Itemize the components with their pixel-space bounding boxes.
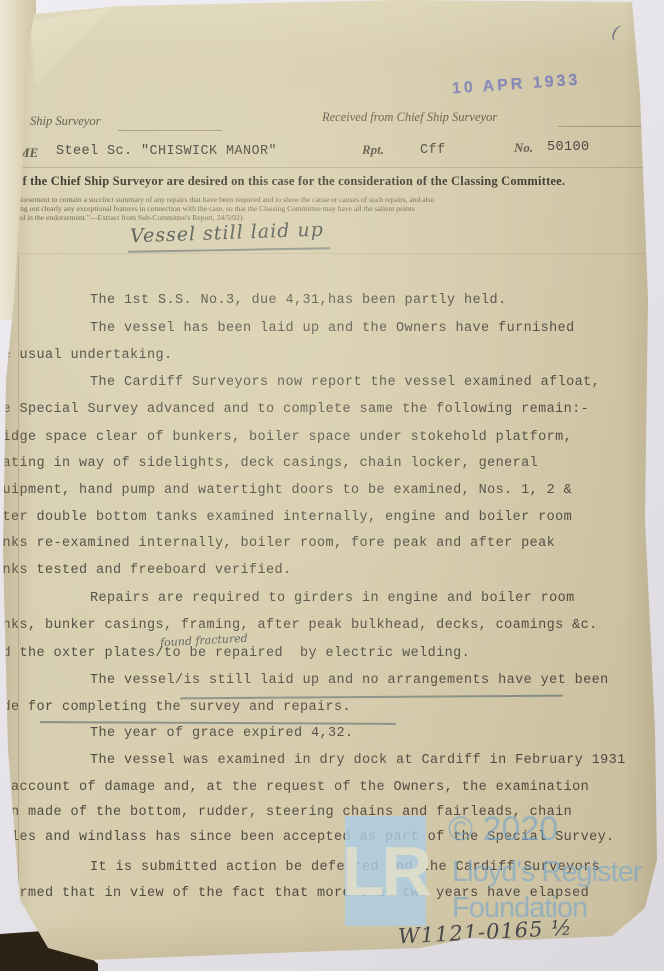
pencil-underline: [128, 247, 330, 253]
body-line: n account of damage and, at the request …: [0, 780, 589, 795]
body-line: ade for completing the survey and repair…: [0, 700, 351, 715]
body-line: fter double bottom tanks examined intern…: [0, 510, 572, 525]
scanned-document-photo: 10 APR 1933 ( Ship Surveyor Received fro…: [0, 0, 664, 971]
body-line: anks, bunker casings, framing, after pea…: [0, 618, 598, 633]
classing-committee-instruction: of the Chief Ship Surveyor are desired o…: [16, 174, 661, 189]
date-stamp: 10 APR 1933: [452, 72, 581, 99]
vessel-name: Steel Sc. "CHISWICK MANOR": [56, 144, 277, 159]
watermark-lloyds-register: Lloyd's Register: [452, 856, 641, 889]
body-line: The vessel has been laid up and the Owne…: [90, 321, 575, 336]
body-line: he usual undertaking.: [0, 348, 173, 363]
watermark-foundation: Foundation: [452, 892, 587, 925]
body-line: The vessel was examined in dry dock at C…: [90, 753, 626, 768]
pencil-corner-mark: (: [610, 21, 622, 43]
body-line: ridge space clear of bunkers, boiler spa…: [0, 430, 572, 445]
body-line: Repairs are required to girders in engin…: [90, 591, 575, 606]
paper-crease: [18, 255, 19, 955]
body-line: he Special Survey advanced and to comple…: [0, 402, 589, 417]
pencil-underline: [40, 721, 396, 725]
row-rule: [0, 167, 646, 168]
body-line: quipment, hand pump and watertight doors…: [0, 483, 572, 498]
blank-rule: [118, 130, 222, 131]
no-label: No.: [514, 140, 533, 156]
blank-rule: [558, 126, 644, 127]
body-line: The vessel/is still laid up and no arran…: [90, 673, 609, 688]
form-rule: [0, 253, 650, 254]
body-line: lating in way of sidelights, deck casing…: [0, 456, 538, 471]
corner-fold: [28, 6, 118, 86]
rpt-value: Cff: [420, 143, 446, 158]
handwritten-status-note: Vessel still laid up: [130, 219, 324, 248]
body-line: The year of grace expired 4,32.: [90, 726, 354, 741]
body-line: The Cardiff Surveyors now report the ves…: [90, 375, 600, 390]
body-line: The 1st S.S. No.3, due 4,31,has been par…: [90, 293, 507, 308]
pencil-underline: [180, 695, 563, 700]
report-number: 50100: [547, 140, 590, 155]
watermark-copyright: © 2020: [448, 810, 558, 849]
received-from-label: Received from Chief Ship Surveyor: [322, 110, 497, 125]
survey-report-page: 10 APR 1933 ( Ship Surveyor Received fro…: [0, 0, 664, 971]
lr-logo: LR: [345, 816, 426, 926]
rpt-label: Rpt.: [362, 142, 384, 158]
ship-surveyor-label: Ship Surveyor: [30, 114, 100, 129]
body-line: nd the oxter plates/to be repaired by el…: [0, 646, 470, 661]
body-line: anks tested and freeboard verified.: [0, 563, 292, 578]
body-line: anks re-examined internally, boiler room…: [0, 536, 555, 551]
